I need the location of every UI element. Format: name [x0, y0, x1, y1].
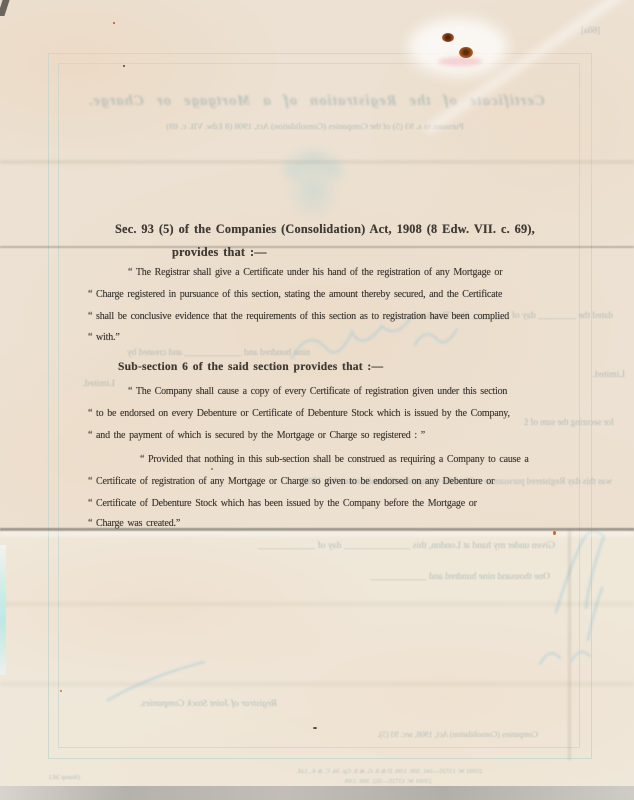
rust-spot-1 [442, 33, 454, 42]
pink-smear [438, 57, 482, 66]
paragraph2-line: “ and the payment of which is secured by… [88, 430, 425, 441]
paragraph3-line: “ Provided that nothing in this sub-sect… [140, 454, 529, 465]
paragraph2-line: “ The Company shall cause a copy of ever… [128, 386, 507, 397]
paragraph3-line: “ Certificate of registration of any Mor… [88, 476, 494, 487]
paragraph1-line: “ The Registrar shall give a Certificate… [128, 267, 502, 278]
speck [313, 727, 317, 729]
paragraph2-line: “ to be endorsed on every Debenture or C… [88, 408, 510, 419]
paragraph3-line: “ Charge was created.” [88, 518, 180, 529]
ghost-handwriting [0, 0, 634, 800]
speck [113, 22, 115, 24]
scan-edge-left-sliver [0, 545, 6, 675]
paragraph1-line: “ with.” [88, 332, 120, 343]
paragraph1-line: “ shall be conclusive evidence that the … [88, 311, 509, 322]
heading-line-1: Sec. 93 (5) of the Companies (Consolidat… [115, 222, 535, 237]
pin-crease-highlight [408, 18, 508, 76]
subheading: Sub-section 6 of the said section provid… [118, 360, 383, 373]
scan-edge-bottom [0, 786, 634, 800]
document-scan: [60a] Certificate of the Registration of… [0, 0, 634, 800]
speck [553, 531, 556, 535]
vertical-crease [568, 530, 571, 760]
speck [211, 468, 213, 470]
speck [123, 65, 125, 67]
paragraph1-line: “ Charge registered in pursuance of this… [88, 289, 502, 300]
heading-line-2: provides that :— [172, 245, 267, 260]
paragraph3-line: “ Certificate of Debenture Stock which h… [88, 498, 477, 509]
speck [60, 690, 62, 692]
